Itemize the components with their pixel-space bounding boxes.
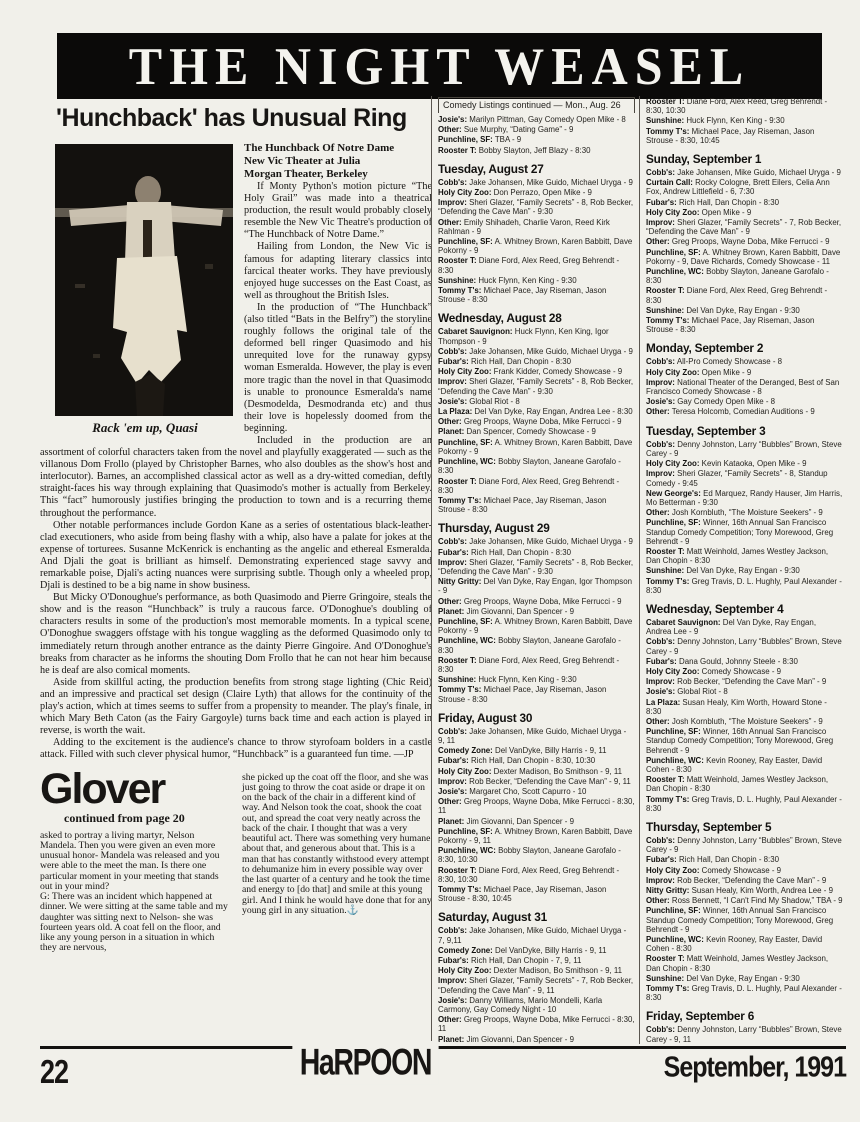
listing-entry: Rooster T: Diane Ford, Alex Reed, Greg B… <box>438 656 635 674</box>
listing-entry: Punchline, SF: A. Whitney Brown, Karen B… <box>438 827 635 845</box>
listing-entry: Rooster T: Matt Weinhold, James Westley … <box>646 547 843 565</box>
glover-text-col2: she picked up the coat off the floor, an… <box>242 770 432 954</box>
listing-entry: Improv: Rob Becker, “Defending the Cave … <box>438 777 635 786</box>
venue-name: Holy City Zoo: <box>438 188 491 197</box>
listing-entry: Josie's: Global Riot - 8 <box>438 397 635 406</box>
venue-name: Curtain Call: <box>646 178 693 187</box>
venue-name: Rooster T: <box>646 775 685 784</box>
venue-name: New George's: <box>646 489 701 498</box>
venue-name: Improv: <box>646 876 675 885</box>
listing-entry: Other: Greg Proops, Wayne Doba, Mike Fer… <box>438 417 635 426</box>
venue-name: Rooster T: <box>438 656 477 665</box>
photo-block: Rack 'em up, Quasi <box>55 144 235 435</box>
listing-entry: Josie's: Margaret Cho, Scott Capurro - 1… <box>438 787 635 796</box>
venue-name: Other: <box>438 218 462 227</box>
venue-name: Fubar's: <box>438 756 469 765</box>
venue-name: Punchline, SF: <box>646 727 701 736</box>
glover-section: Glover continued from page 20 asked to p… <box>40 770 432 954</box>
venue-name: Other: <box>646 896 670 905</box>
venue-name: Fubar's: <box>646 198 677 207</box>
listing-entry: Improv: Rob Becker, “Defending the Cave … <box>646 876 843 885</box>
venue-name: Holy City Zoo: <box>438 367 491 376</box>
venue-name: Other: <box>438 597 462 606</box>
venue-name: Punchline, SF: <box>438 438 493 447</box>
listing-entry: Cobb's: Denny Johnston, Larry “Bubbles” … <box>646 440 843 458</box>
page-number: 22 <box>40 1053 68 1092</box>
venue-name: Tommy T's: <box>646 316 689 325</box>
listing-entry: Punchline, WC: Bobby Slayton, Janeane Ga… <box>438 636 635 654</box>
venue-name: Tommy T's: <box>646 577 689 586</box>
venue-name: Comedy Zone: <box>438 946 493 955</box>
venue-name: Punchline, WC: <box>646 935 704 944</box>
listing-entry: Josie's: Global Riot - 8 <box>646 687 843 696</box>
glover-paragraph: G: There was an incident which happened … <box>40 892 228 954</box>
day-header: Sunday, September 1 <box>646 152 843 166</box>
venue-name: Cobb's: <box>438 347 467 356</box>
venue-name: Holy City Zoo: <box>438 767 491 776</box>
venue-name: Holy City Zoo: <box>646 208 699 217</box>
venue-name: Josie's: <box>646 397 675 406</box>
venue-name: Improv: <box>646 378 675 387</box>
day-header: Thursday, September 5 <box>646 820 843 834</box>
venue-name: Other: <box>438 1015 462 1024</box>
venue-name: Other: <box>646 717 670 726</box>
listing-entry: Cobb's: Denny Johnston, Larry “Bubbles” … <box>646 637 843 655</box>
venue-name: Improv: <box>646 469 675 478</box>
listing-entry: Fubar's: Rich Hall, Dan Chopin - 8:30 <box>438 357 635 366</box>
venue-name: Punchline, WC: <box>438 636 496 645</box>
venue-name: Sunshine: <box>646 116 684 125</box>
day-header: Wednesday, August 28 <box>438 311 635 325</box>
venue-name: Cabaret Sauvignon: <box>438 327 513 336</box>
glover-paragraph: asked to portray a living martyr, Nelson… <box>40 831 228 893</box>
listing-entry: Comedy Zone: Del VanDyke, Billy Harris -… <box>438 946 635 955</box>
listing-entry: Planet: Jim Giovanni, Dan Spencer - 9 <box>438 607 635 616</box>
listings-column-a: Comedy Listings continued — Mon., Aug. 2… <box>431 96 639 1044</box>
masthead-banner: THE NIGHT WEASEL <box>57 33 822 99</box>
listing-entry: Holy City Zoo: Comedy Showcase - 9 <box>646 866 843 875</box>
listing-entry: Punchline, SF: TBA - 9 <box>438 135 635 144</box>
article-paragraph: But Micky O'Donoughue's performance, as … <box>40 592 432 677</box>
venue-name: Holy City Zoo: <box>646 667 699 676</box>
listing-entry: La Plaza: Susan Healy, Kim Worth, Howard… <box>646 698 843 716</box>
venue-name: Cobb's: <box>646 357 675 366</box>
listings-continued-notice: Comedy Listings continued — Mon., Aug. 2… <box>438 97 635 113</box>
venue-name: Josie's: <box>646 687 675 696</box>
venue-name: Fubar's: <box>438 548 469 557</box>
article-column: 'Hunchback' has Unusual Ring <box>40 104 432 954</box>
venue-name: Holy City Zoo: <box>646 866 699 875</box>
listing-entry: Holy City Zoo: Dexter Madison, Bo Smiths… <box>438 767 635 776</box>
article-paragraph: Included in the production are an assort… <box>40 435 432 520</box>
listing-entry: Punchline, WC: Bobby Slayton, Janeane Ga… <box>646 267 843 285</box>
listing-entry: Improv: Sheri Glazer, “Family Secrets” -… <box>646 218 843 236</box>
day-header: Saturday, August 31 <box>438 910 635 924</box>
listing-entry: Improv: Rob Becker, “Defending the Cave … <box>646 677 843 686</box>
listing-entry: Sunshine: Huck Flynn, Ken King - 9:30 <box>438 675 635 684</box>
venue-name: Rooster T: <box>646 954 685 963</box>
venue-name: Punchline, SF: <box>438 237 493 246</box>
listing-entry: Improv: Sheri Glazer, “Family Secrets” -… <box>438 558 635 576</box>
venue-name: Improv: <box>438 198 467 207</box>
venue-name: Planet: <box>438 607 464 616</box>
listing-entry: New George's: Ed Marquez, Randy Hauser, … <box>646 489 843 507</box>
listing-entry: Tommy T's: Greg Travis, D. L. Hughly, Pa… <box>646 984 843 1002</box>
listing-entry: Rooster T: Diane Ford, Alex Reed, Greg B… <box>646 97 843 115</box>
article-paragraph: Aside from skillful acting, the producti… <box>40 677 432 737</box>
venue-name: Other: <box>438 417 462 426</box>
listing-entry: Tommy T's: Michael Pace, Jay Riseman, Ja… <box>438 685 635 703</box>
listing-entry: Holy City Zoo: Don Perrazo, Open Mike - … <box>438 188 635 197</box>
listing-entry: Cobb's: Jake Johansen, Mike Guido, Micha… <box>438 926 635 944</box>
venue-name: Improv: <box>646 677 675 686</box>
listing-entry: Nitty Gritty: Del Van Dyke, Ray Engan, I… <box>438 577 635 595</box>
listing-entry: Rooster T: Bobby Slayton, Jeff Blazy - 8… <box>438 146 635 155</box>
listing-entry: Other: Greg Proops, Wayne Doba, Mike Fer… <box>438 1015 635 1033</box>
venue-name: Cabaret Sauvignon: <box>646 618 721 627</box>
venue-name: Improv: <box>438 377 467 386</box>
comedy-listings: Comedy Listings continued — Mon., Aug. 2… <box>431 96 847 1044</box>
venue-name: Fubar's: <box>646 657 677 666</box>
listing-entry: Holy City Zoo: Frank Kidder, Comedy Show… <box>438 367 635 376</box>
listings-column-b: Rooster T: Diane Ford, Alex Reed, Greg B… <box>639 96 847 1044</box>
venue-name: Improv: <box>438 558 467 567</box>
listing-entry: Tommy T's: Greg Travis, D. L. Hughly, Pa… <box>646 577 843 595</box>
photo-caption: Rack 'em up, Quasi <box>55 420 235 435</box>
listing-entry: Other: Teresa Holcomb, Comedian Audition… <box>646 407 843 416</box>
listing-entry: Fubar's: Rich Hall, Dan Chopin - 8:30 <box>646 198 843 207</box>
venue-name: Punchline, WC: <box>438 846 496 855</box>
listing-entry: Rooster T: Diane Ford, Alex Reed, Greg B… <box>646 286 843 304</box>
venue-name: Planet: <box>438 817 464 826</box>
venue-name: Rooster T: <box>438 256 477 265</box>
listing-entry: Sunshine: Huck Flynn, Ken King - 9:30 <box>438 276 635 285</box>
listing-entry: Comedy Zone: Del VanDyke, Billy Harris -… <box>438 746 635 755</box>
day-header: Wednesday, September 4 <box>646 602 843 616</box>
listing-entry: Holy City Zoo: Open Mike - 9 <box>646 368 843 377</box>
listing-entry: Fubar's: Rich Hall, Dan Chopin - 7, 9, 1… <box>438 956 635 965</box>
listing-entry: Holy City Zoo: Comedy Showcase - 9 <box>646 667 843 676</box>
article-body: Rack 'em up, Quasi The Hunchback Of Notr… <box>40 142 432 762</box>
venue-name: Tommy T's: <box>438 685 481 694</box>
listing-entry: Other: Greg Proops, Wayne Doba, Mike Fer… <box>438 597 635 606</box>
listing-entry: Holy City Zoo: Dexter Madison, Bo Smiths… <box>438 966 635 975</box>
venue-name: Cobb's: <box>646 637 675 646</box>
venue-name: Sunshine: <box>438 675 476 684</box>
listing-entry: Fubar's: Rich Hall, Dan Chopin - 8:30 <box>646 855 843 864</box>
glover-subhead: continued from page 20 <box>64 811 228 826</box>
listing-entry: Other: Josh Kornbluth, “The Moisture See… <box>646 508 843 517</box>
day-header: Thursday, August 29 <box>438 521 635 535</box>
venue-name: Improv: <box>438 777 467 786</box>
day-header: Monday, September 2 <box>646 341 843 355</box>
venue-name: Tommy T's: <box>646 984 689 993</box>
listing-entry: Improv: Sheri Glazer, “Family Secrets” -… <box>646 469 843 487</box>
listing-entry: Curtain Call: Rocky Cologne, Brett Eiler… <box>646 178 843 196</box>
listing-entry: Tommy T's: Michael Pace, Jay Riseman, Ja… <box>646 316 843 334</box>
venue-name: Rooster T: <box>646 97 685 106</box>
venue-name: La Plaza: <box>438 407 472 416</box>
harpoon-logo: HaRPOON <box>293 1041 439 1084</box>
listing-entry: Holy City Zoo: Open Mike - 9 <box>646 208 843 217</box>
venue-name: Punchline, SF: <box>646 906 701 915</box>
venue-name: Tommy T's: <box>438 286 481 295</box>
listing-entry: Josie's: Gay Comedy Open Mike - 8 <box>646 397 843 406</box>
listing-entry: Punchline, WC: Kevin Rooney, Ray Easter,… <box>646 756 843 774</box>
listing-entry: Improv: Sheri Glazer, “Family Secrets” -… <box>438 976 635 994</box>
venue-name: Sunshine: <box>646 974 684 983</box>
listing-entry: Tommy T's: Michael Pace, Jay Riseman, Ja… <box>438 496 635 514</box>
listing-entry: Other: Josh Kornbluth, “The Moisture See… <box>646 717 843 726</box>
listing-entry: Rooster T: Matt Weinhold, James Westley … <box>646 775 843 793</box>
venue-name: Improv: <box>438 976 467 985</box>
venue-name: Punchline, SF: <box>438 617 493 626</box>
venue-name: Rooster T: <box>438 146 477 155</box>
venue-name: Josie's: <box>438 787 467 796</box>
listing-entry: Tommy T's: Michael Pace, Jay Riseman, Ja… <box>438 885 635 903</box>
venue-name: Planet: <box>438 427 464 436</box>
listing-entry: Other: Greg Proops, Wayne Doba, Mike Fer… <box>646 237 843 246</box>
listing-entry: Punchline, SF: A. Whitney Brown, Karen B… <box>438 617 635 635</box>
page-footer: 22 HaRPOON September, 1991 <box>40 1046 846 1084</box>
venue-name: Improv: <box>646 218 675 227</box>
listing-entry: Nitty Gritty: Susan Healy, Kim Worth, An… <box>646 886 843 895</box>
article-paragraph: Other notable performances include Gordo… <box>40 520 432 593</box>
listing-entry: Rooster T: Diane Ford, Alex Reed, Greg B… <box>438 256 635 274</box>
listing-entry: Punchline, SF: A. Whitney Brown, Karen B… <box>438 237 635 255</box>
listing-entry: Josie's: Marilyn Pittman, Gay Comedy Ope… <box>438 115 635 124</box>
listing-entry: Fubar's: Rich Hall, Dan Chopin - 8:30, 1… <box>438 756 635 765</box>
listing-entry: Cobb's: Denny Johnston, Larry “Bubbles” … <box>646 1025 843 1043</box>
venue-name: Punchline, SF: <box>438 135 493 144</box>
venue-name: Cobb's: <box>646 168 675 177</box>
listing-entry: Fubar's: Rich Hall, Dan Chopin - 8:30 <box>438 548 635 557</box>
day-header: Tuesday, September 3 <box>646 424 843 438</box>
venue-name: Sunshine: <box>438 276 476 285</box>
listing-entry: Sunshine: Del Van Dyke, Ray Engan - 9:30 <box>646 306 843 315</box>
day-header: Friday, August 30 <box>438 711 635 725</box>
article-paragraph: Adding to the excitement is the audience… <box>40 737 432 761</box>
venue-name: Cobb's: <box>646 836 675 845</box>
listing-entry: Punchline, WC: Kevin Rooney, Ray Easter,… <box>646 935 843 953</box>
venue-name: Tommy T's: <box>438 496 481 505</box>
listing-entry: Cobb's: Jake Johansen, Mike Guido, Micha… <box>438 537 635 546</box>
venue-name: Cobb's: <box>646 440 675 449</box>
venue-name: Punchline, WC: <box>646 756 704 765</box>
venue-name: Cobb's: <box>646 1025 675 1034</box>
day-header: Tuesday, August 27 <box>438 162 635 176</box>
listing-entry: Rooster T: Matt Weinhold, James Westley … <box>646 954 843 972</box>
listing-entry: Sunshine: Huck Flynn, Ken King - 9:30 <box>646 116 843 125</box>
listing-entry: Other: Greg Proops, Wayne Doba, Mike Fer… <box>438 797 635 815</box>
listing-entry: Cobb's: Jake Johansen, Mike Guido, Micha… <box>438 347 635 356</box>
venue-name: Other: <box>646 237 670 246</box>
venue-name: Punchline, SF: <box>646 248 701 257</box>
listing-entry: Josie's: Danny Williams, Mario Mondelli,… <box>438 996 635 1014</box>
day-header: Friday, September 6 <box>646 1009 843 1023</box>
venue-name: Fubar's: <box>646 855 677 864</box>
listing-entry: Planet: Jim Giovanni, Dan Spencer - 9 <box>438 817 635 826</box>
listing-entry: Cobb's: Denny Johnston, Larry “Bubbles” … <box>646 836 843 854</box>
venue-name: Nitty Gritty: <box>438 577 481 586</box>
venue-name: Comedy Zone: <box>438 746 493 755</box>
listing-entry: Improv: Sheri Glazer, “Family Secrets” -… <box>438 377 635 395</box>
venue-name: Tommy T's: <box>438 885 481 894</box>
venue-name: Josie's: <box>438 996 467 1005</box>
listing-entry: Punchline, SF: Winner, 16th Annual San F… <box>646 906 843 934</box>
listing-entry: Holy City Zoo: Kevin Kataoka, Open Mike … <box>646 459 843 468</box>
listing-entry: Punchline, WC: Bobby Slayton, Janeane Ga… <box>438 846 635 864</box>
listing-entry: Sunshine: Del Van Dyke, Ray Engan - 9:30 <box>646 974 843 983</box>
venue-name: Other: <box>438 797 462 806</box>
venue-name: Cobb's: <box>438 537 467 546</box>
listing-entry: Cobb's: Jake Johansen, Mike Guido, Micha… <box>646 168 843 177</box>
venue-name: La Plaza: <box>646 698 680 707</box>
venue-name: Holy City Zoo: <box>646 459 699 468</box>
venue-name: Other: <box>646 407 670 416</box>
venue-name: Rooster T: <box>438 477 477 486</box>
venue-name: Fubar's: <box>438 357 469 366</box>
magazine-page: THE NIGHT WEASEL 'Hunchback' has Unusual… <box>0 0 860 1122</box>
venue-name: Punchline, SF: <box>646 518 701 527</box>
glover-left-column: Glover continued from page 20 asked to p… <box>40 770 228 954</box>
venue-name: Cobb's: <box>438 926 467 935</box>
venue-name: Sunshine: <box>646 566 684 575</box>
listing-entry: Planet: Dan Spencer, Comedy Showcase - 9 <box>438 427 635 436</box>
hunchback-photo <box>55 144 233 416</box>
venue-name: Planet: <box>438 1035 464 1044</box>
issue-date: September, 1991 <box>664 1051 846 1084</box>
listing-entry: Punchline, SF: A. Whitney Brown, Karen B… <box>646 248 843 266</box>
listing-entry: Fubar's: Dana Gould, Johnny Steele - 8:3… <box>646 657 843 666</box>
venue-name: Tommy T's: <box>646 795 689 804</box>
listing-entry: Planet: Jim Giovanni, Dan Spencer - 9 <box>438 1035 635 1044</box>
venue-name: Fubar's: <box>438 956 469 965</box>
venue-name: Punchline, WC: <box>646 267 704 276</box>
listing-entry: Cobb's: Jake Johansen, Mike Guido, Micha… <box>438 178 635 187</box>
venue-name: Nitty Gritty: <box>646 886 689 895</box>
listing-entry: Punchline, WC: Bobby Slayton, Janeane Ga… <box>438 457 635 475</box>
listing-entry: Cobb's: Jake Johansen, Mike Guido, Micha… <box>438 727 635 745</box>
venue-name: Other: <box>438 125 462 134</box>
venue-name: Cobb's: <box>438 178 467 187</box>
venue-name: Sunshine: <box>646 306 684 315</box>
listing-entry: Improv: National Theater of the Deranged… <box>646 378 843 396</box>
masthead-title: THE NIGHT WEASEL <box>129 35 750 96</box>
listing-entry: Punchline, SF: Winner, 16th Annual San F… <box>646 518 843 546</box>
listing-entry: Tommy T's: Greg Travis, D. L. Hughly, Pa… <box>646 795 843 813</box>
venue-name: Rooster T: <box>646 286 685 295</box>
venue-name: Holy City Zoo: <box>438 966 491 975</box>
listing-entry: Other: Emily Shihadeh, Charlie Varon, Re… <box>438 218 635 236</box>
glover-text-col1: asked to portray a living martyr, Nelson… <box>40 831 228 954</box>
listing-entry: Tommy T's: Michael Pace, Jay Riseman, Ja… <box>646 127 843 145</box>
article-headline: 'Hunchback' has Unusual Ring <box>56 104 432 133</box>
listing-entry: Cabaret Sauvignon: Del Van Dyke, Ray Eng… <box>646 618 843 636</box>
listing-entry: La Plaza: Del Van Dyke, Ray Engan, Andre… <box>438 407 635 416</box>
venue-name: Punchline, WC: <box>438 457 496 466</box>
listing-entry: Other: Ross Bennett, “I Can't Find My Sh… <box>646 896 843 905</box>
venue-name: Other: <box>646 508 670 517</box>
listing-entry: Cabaret Sauvignon: Huck Flynn, Ken King,… <box>438 327 635 345</box>
venue-name: Rooster T: <box>438 866 477 875</box>
listing-entry: Sunshine: Del Van Dyke, Ray Engan - 9:30 <box>646 566 843 575</box>
venue-name: Josie's: <box>438 115 467 124</box>
listing-entry: Cobb's: All-Pro Comedy Showcase - 8 <box>646 357 843 366</box>
venue-name: Rooster T: <box>646 547 685 556</box>
listing-entry: Punchline, SF: Winner, 16th Annual San F… <box>646 727 843 755</box>
listing-entry: Punchline, SF: A. Whitney Brown, Karen B… <box>438 438 635 456</box>
listing-entry: Improv: Sheri Glazer, “Family Secrets” -… <box>438 198 635 216</box>
venue-name: Josie's: <box>438 397 467 406</box>
listing-entry: Tommy T's: Michael Pace, Jay Riseman, Ja… <box>438 286 635 304</box>
venue-name: Punchline, SF: <box>438 827 493 836</box>
venue-name: Tommy T's: <box>646 127 689 136</box>
listing-entry: Rooster T: Diane Ford, Alex Reed, Greg B… <box>438 866 635 884</box>
venue-name: Cobb's: <box>438 727 467 736</box>
listing-entry: Other: Sue Murphy, “Dating Game” - 9 <box>438 125 635 134</box>
listing-entry: Rooster T: Diane Ford, Alex Reed, Greg B… <box>438 477 635 495</box>
venue-name: Holy City Zoo: <box>646 368 699 377</box>
glover-headline: Glover <box>40 770 228 808</box>
